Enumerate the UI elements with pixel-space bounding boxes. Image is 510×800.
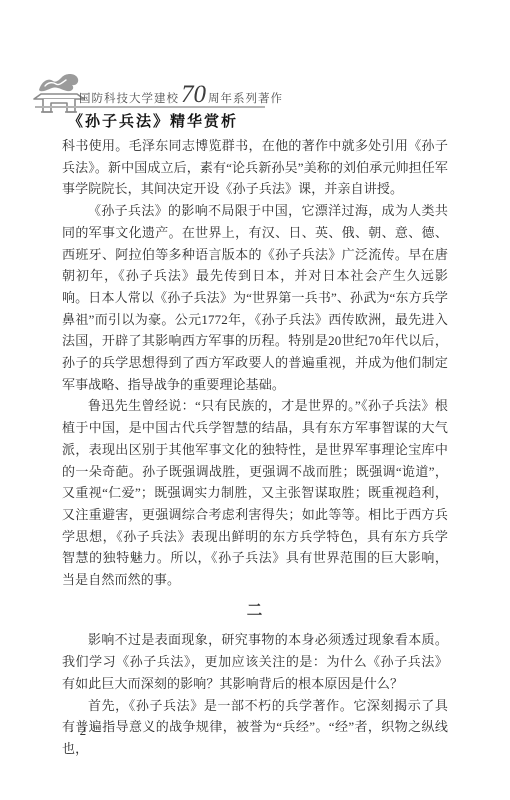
series-title-prefix: 国防科技大学建校 (79, 90, 179, 106)
page-number: · 2 · (70, 723, 97, 739)
book-page: 国防科技大学建校70周年系列著作 《孙子兵法》精华赏析 科书使用。毛泽东同志博览… (0, 0, 510, 800)
header-rule (35, 106, 265, 108)
flag-ribbon-icon (39, 74, 78, 91)
section-heading: 二 (62, 600, 448, 622)
series-title-suffix: 周年系列著作 (208, 90, 283, 106)
book-title: 《孙子兵法》精华赏析 (68, 110, 238, 131)
gate-roof (34, 94, 84, 99)
paragraph: 《孙子兵法》的影响不局限于中国，它漂洋过海，成为人类共同的军事文化遗产。在世界上… (62, 200, 448, 395)
paragraph-continuation: 科书使用。毛泽东同志博览群书，在他的著作中就多处引用《孙子兵法》。新中国成立后，… (62, 135, 448, 200)
paragraph: 首先，《孙子兵法》是一部不朽的兵学著作。它深刻揭示了具有普遍指导意义的战争规律，… (62, 695, 448, 760)
series-title: 国防科技大学建校70周年系列著作 (79, 82, 283, 107)
page-body: 科书使用。毛泽东同志博览群书，在他的著作中就多处引用《孙子兵法》。新中国成立后，… (62, 135, 448, 760)
paragraph: 鲁迅先生曾经说：“只有民族的，才是世界的。”《孙子兵法》根植于中国，是中国古代兵… (62, 395, 448, 590)
paragraph: 影响不过是表面现象，研究事物的本身必须透过现象看本质。我们学习《孙子兵法》，更加… (62, 629, 448, 694)
anniversary-number: 70 (181, 82, 206, 107)
